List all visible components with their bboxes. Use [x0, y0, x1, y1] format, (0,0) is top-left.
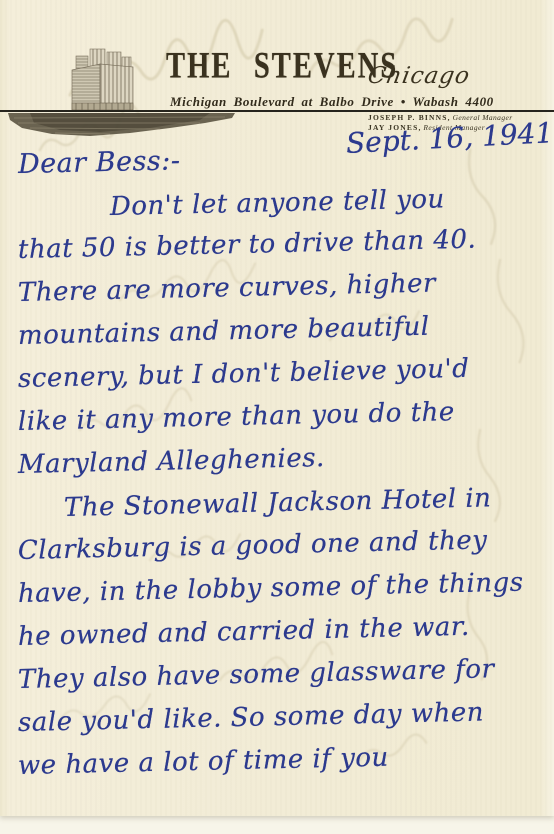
hotel-city: Chicago — [366, 63, 473, 89]
hotel-address: Michigan Boulevard at Balbo Drive • Waba… — [170, 94, 494, 110]
hotel-name: THE STEVENS — [166, 46, 398, 88]
letterhead-rule — [0, 110, 554, 112]
letter-body: Dear Bess:- Don't let anyone tell you th… — [18, 143, 552, 788]
letter-scan: THE STEVENS Chicago Michigan Boulevard a… — [0, 0, 554, 834]
manager-name: JOSEPH P. BINNS, — [368, 113, 451, 122]
